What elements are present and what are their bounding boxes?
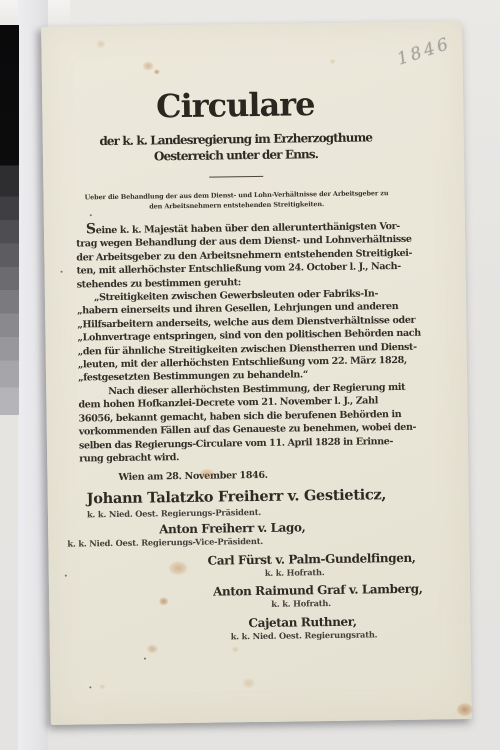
ink-speck	[61, 271, 63, 273]
signature-title: k. k. Hofrath.	[271, 597, 403, 610]
signature: Carl Fürst v. Palm-Gundelfingen, k. k. H…	[81, 551, 403, 581]
divider-rule	[209, 176, 263, 178]
document-subtitle: der k. k. Landesregierung im Erzherzogth…	[75, 129, 397, 165]
signature: Anton Raimund Graf v. Lamberg, k. k. Hof…	[81, 582, 403, 612]
foxing-stain	[232, 646, 239, 652]
ink-speck	[65, 575, 67, 577]
ink-speck	[89, 686, 91, 688]
signature: Anton Freiherr v. Lago, k. k. Nied. Oest…	[80, 519, 402, 549]
signature-name: Carl Fürst v. Palm-Gundelfingen,	[208, 551, 403, 569]
signature-title: k. k. Hofrath.	[265, 566, 403, 579]
pencil-year-annotation: 1846	[395, 34, 454, 70]
signature-title: k. k. Nied. Oest. Regierungs-Vice-Präsid…	[67, 534, 402, 550]
body-text: Seine k. k. Majestät haben über den alle…	[76, 219, 401, 466]
foxing-stain	[99, 684, 105, 689]
signature-title: k. k. Nied. Oest. Regierungsrath.	[231, 629, 404, 642]
document-paper: 1846 Circulare der k. k. Landesregierung…	[41, 21, 472, 725]
signature-name: Anton Raimund Graf v. Lamberg,	[213, 582, 403, 600]
signature-block: Johann Talatzko Freiherr v. Gestieticz, …	[80, 485, 404, 644]
document-title: Circulare	[74, 84, 396, 126]
scanned-document-background: 1846 Circulare der k. k. Landesregierung…	[0, 0, 500, 750]
signature: Johann Talatzko Freiherr v. Gestieticz, …	[80, 485, 402, 520]
foxing-stain	[242, 678, 255, 688]
signature: Cajetan Ruthner, k. k. Nied. Oest. Regie…	[81, 614, 403, 644]
grayscale-calibration-strip	[0, 25, 19, 415]
subject-heading: Ueber die Behandlung der aus dem Dienst-…	[75, 188, 397, 212]
dateline: Wien am 28. November 1846.	[118, 468, 401, 483]
document-content: Circulare der k. k. Landesregierung im E…	[73, 22, 404, 645]
foxing-stain	[147, 644, 158, 653]
ink-speck	[144, 658, 146, 660]
foxing-stain	[457, 703, 473, 716]
